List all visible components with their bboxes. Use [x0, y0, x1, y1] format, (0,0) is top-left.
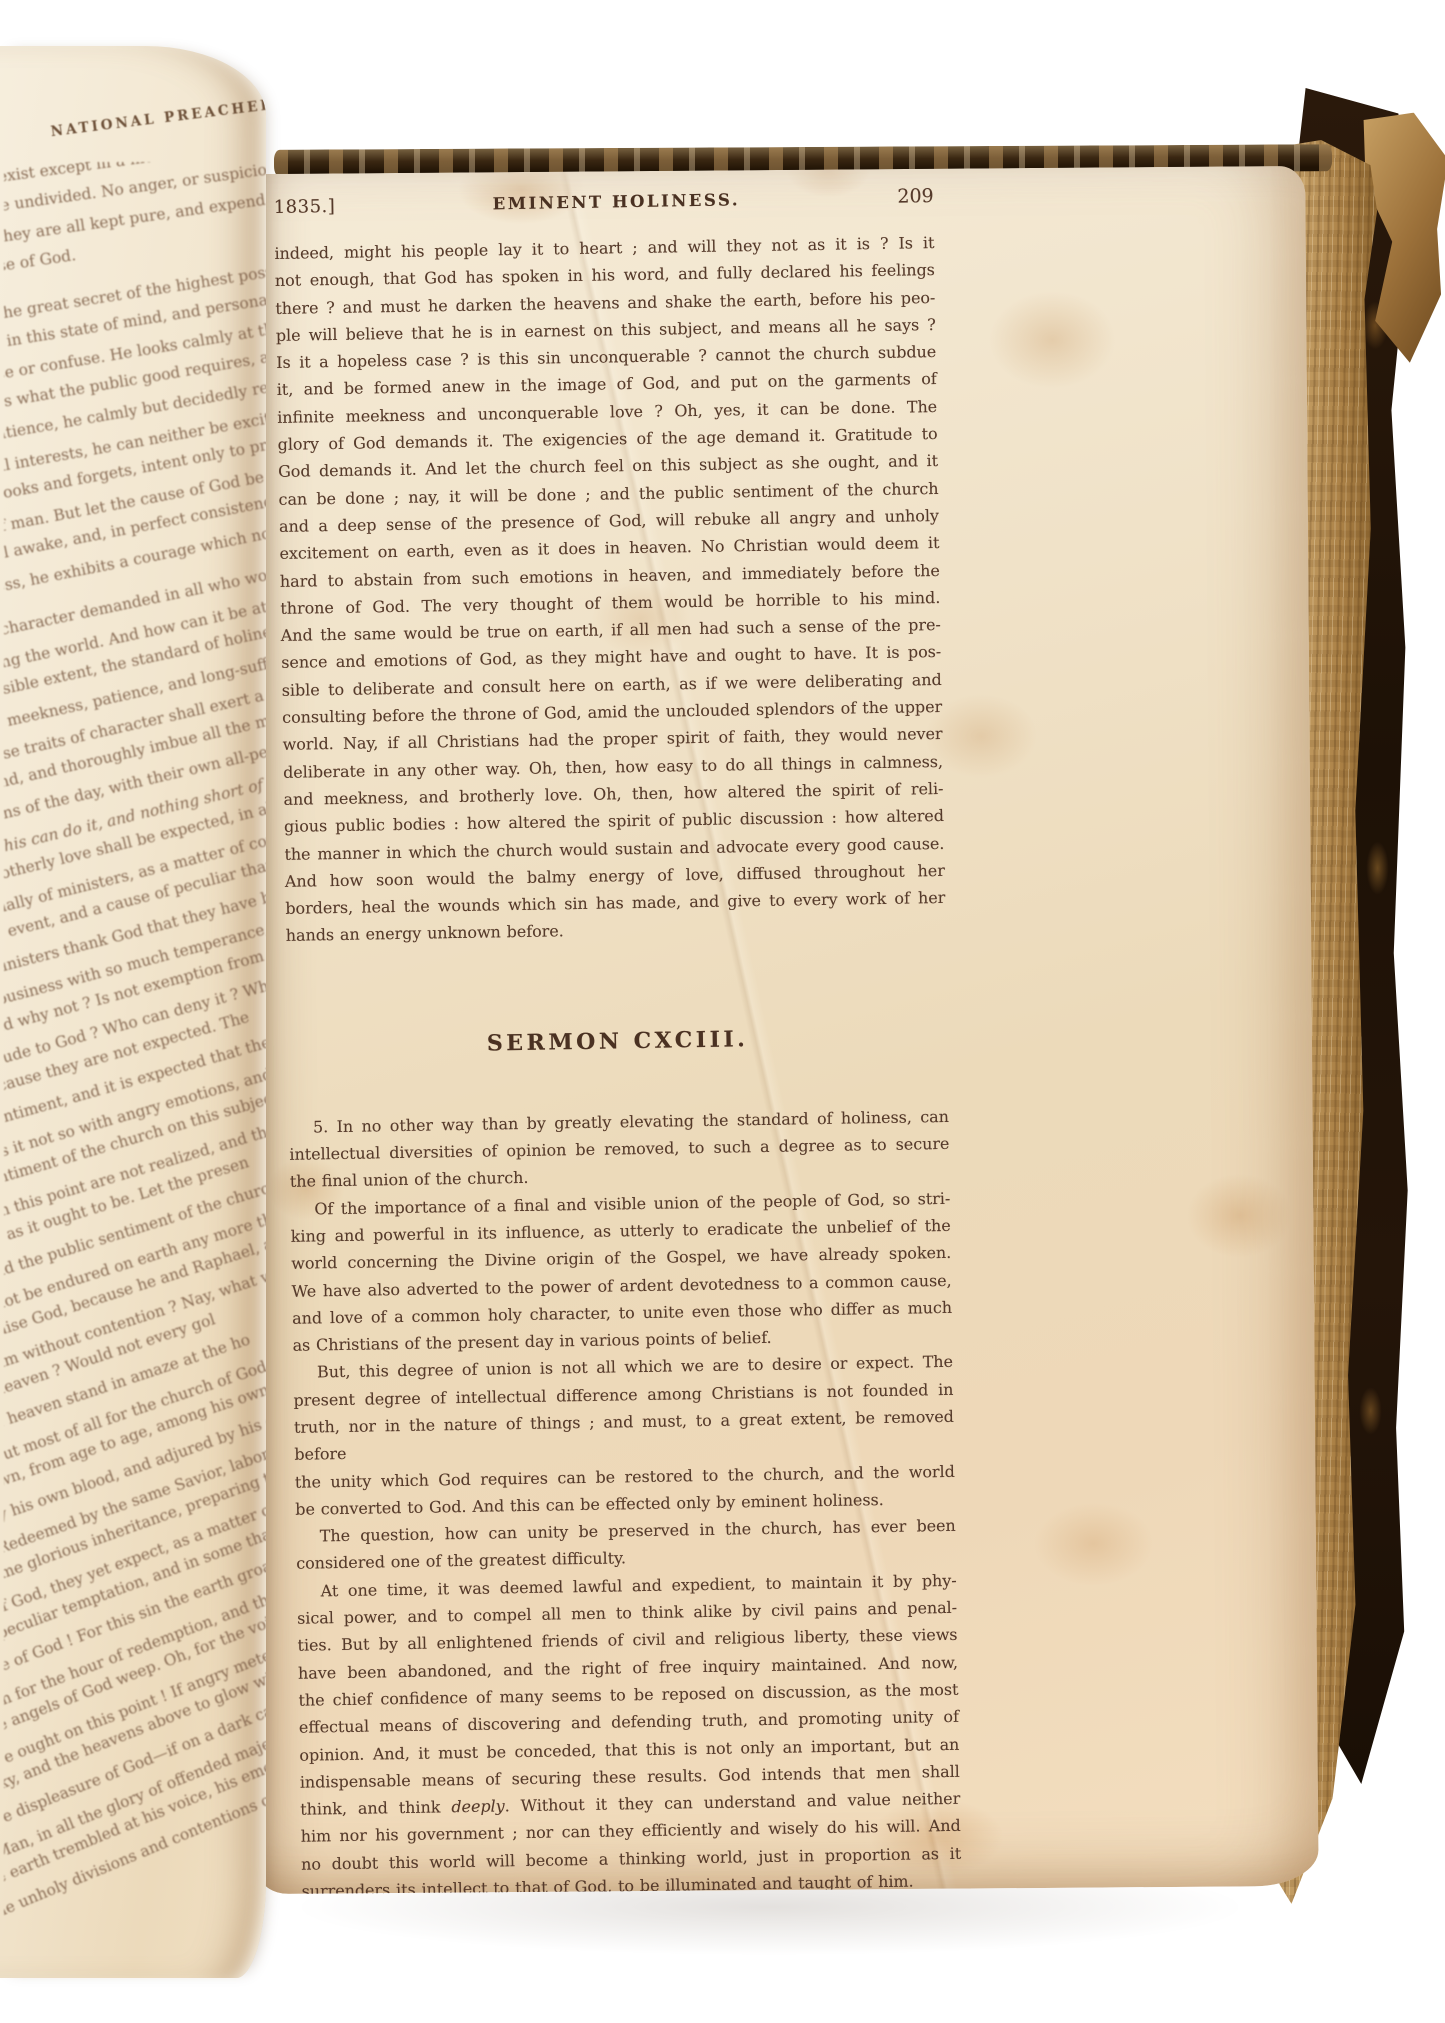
sermon-heading: SERMON CXCIII.	[287, 1023, 947, 1060]
left-page-text: exist except in a meek, patient, and low…	[4, 162, 266, 1978]
header-page-number: 209	[897, 185, 934, 208]
page-header: 1835.] EMINENT HOLINESS. 209	[274, 185, 934, 220]
paragraph: But, this degree of union is not all whi…	[293, 1348, 956, 1523]
paragraph: 5. In no other way than by greatly eleva…	[289, 1103, 950, 1196]
left-page-header: NATIONAL PREACHER.	[50, 96, 266, 140]
left-page: NATIONAL PREACHER. exist except in a mee…	[0, 46, 266, 1978]
main-page: 1835.] EMINENT HOLINESS. 209 indeed, mig…	[245, 166, 1318, 1894]
paragraph: At one time, it was deemed lawful and ex…	[296, 1567, 961, 1895]
page-body: indeed, might his people lay it to heart…	[274, 229, 962, 1894]
header-year: 1835.]	[274, 196, 336, 218]
paragraph: indeed, might his people lay it to heart…	[274, 229, 946, 950]
text-column: 1835.] EMINENT HOLINESS. 209 indeed, mig…	[273, 171, 962, 1894]
paragraph: Of the importance of a final and visible…	[290, 1184, 953, 1359]
header-running-title: EMINENT HOLINESS.	[493, 190, 741, 213]
book-ground-shadow	[290, 1886, 1250, 1956]
